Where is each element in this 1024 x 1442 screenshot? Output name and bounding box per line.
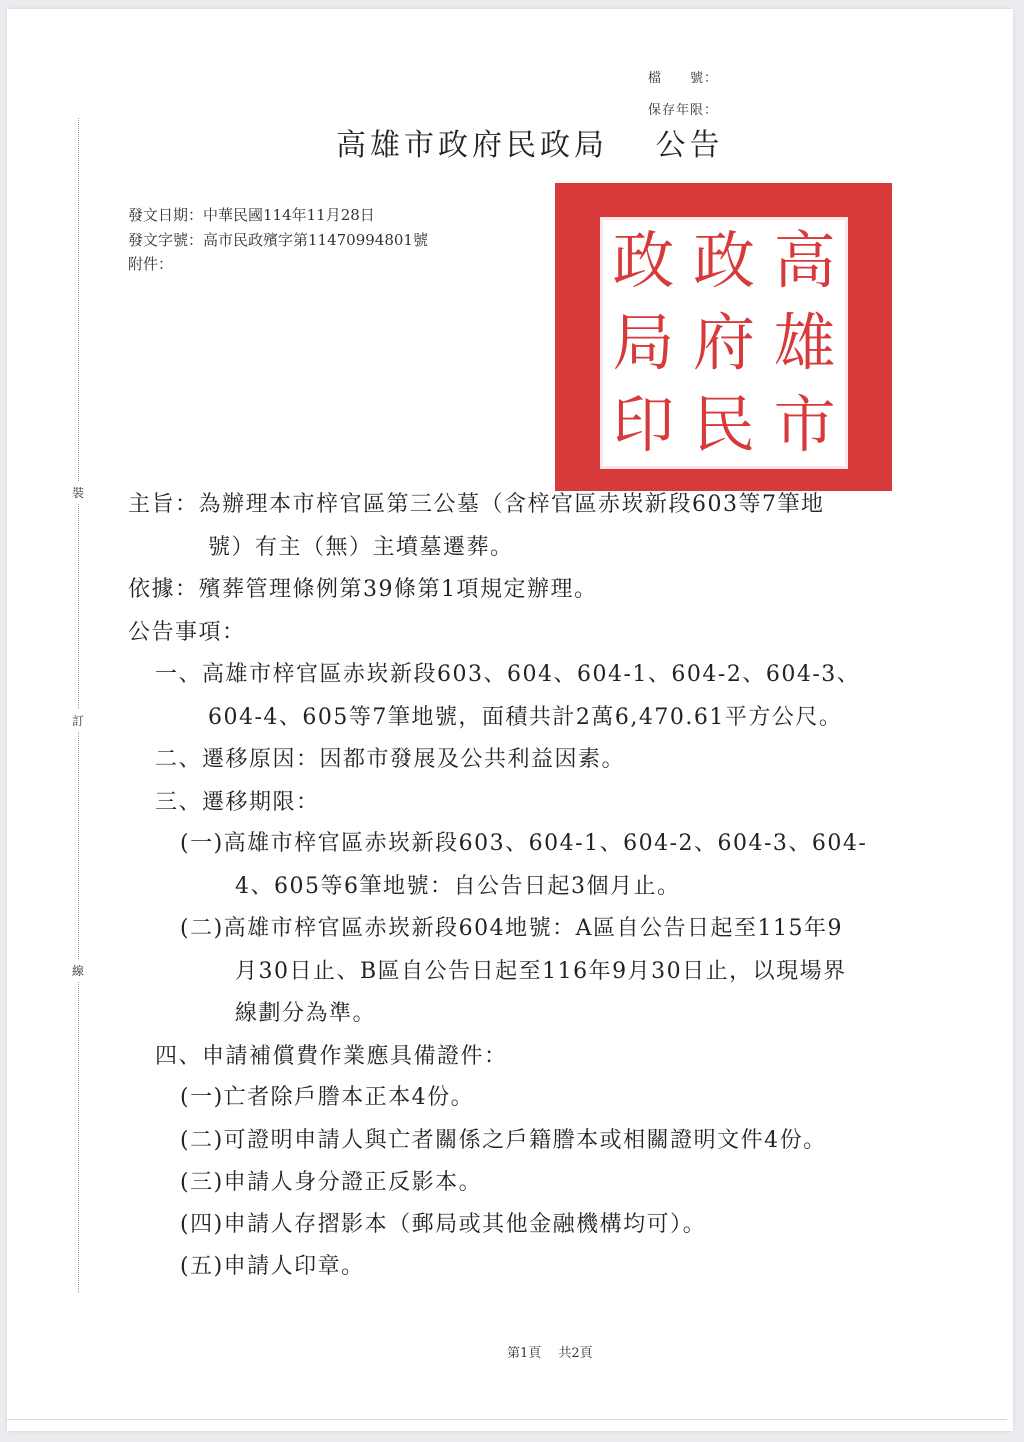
binding-label-ding: 訂 <box>72 710 84 731</box>
subject-line-2: 號）有主（無）主墳墓遷葬。 <box>208 530 514 561</box>
issue-date: 發文日期：中華民國114年11月28日 <box>128 204 375 225</box>
seal-char: 市 <box>764 384 845 466</box>
item3-sub1-line-1: (一)高雄市梓官區赤崁新段603、604-1、604-2、604-3、604- <box>180 826 867 857</box>
seal-char: 政 <box>684 220 765 302</box>
issue-number: 發文字號：高市民政殯字第11470994801號 <box>128 229 428 250</box>
official-seal-stamp: 高 政 政 雄 府 局 市 民 印 <box>555 183 892 491</box>
item3-sub2-line-3: 線劃分為準。 <box>235 996 376 1027</box>
file-number-label: 檔 號： <box>648 67 718 86</box>
item3-sub1-line-2: 4、605等6筆地號：自公告日起3個月止。 <box>235 869 680 900</box>
item4-heading: 四、申請補償費作業應具備證件： <box>155 1039 508 1070</box>
item4-sub3: (三)申請人身分證正反影本。 <box>180 1165 482 1196</box>
item4-sub5: (五)申請人印章。 <box>180 1249 365 1280</box>
seal-char: 府 <box>684 302 765 384</box>
item4-sub1: (一)亡者除戶謄本正本4份。 <box>180 1080 474 1111</box>
seal-char: 局 <box>603 302 684 384</box>
seal-inner-field: 高 政 政 雄 府 局 市 民 印 <box>600 217 848 469</box>
seal-char: 高 <box>764 220 845 302</box>
item1-line-2: 604-4、605等7筆地號，面積共計2萬6,470.61平方公尺。 <box>208 700 842 731</box>
item2-line: 二、遷移原因：因都市發展及公共利益因素。 <box>155 742 625 773</box>
item4-sub4: (四)申請人存摺影本（郵局或其他金融機構均可）。 <box>180 1207 706 1238</box>
document-title: 高雄市政府民政局 公告 <box>336 120 724 164</box>
binding-dotted-line <box>78 118 79 1293</box>
subject-line-1: 主旨：為辦理本市梓官區第三公墓（含梓官區赤崁新段603等7筆地 <box>128 487 825 518</box>
seal-char: 雄 <box>764 302 845 384</box>
seal-char: 印 <box>603 384 684 466</box>
item3-sub2-line-1: (二)高雄市梓官區赤崁新段604地號：A區自公告日起至115年9 <box>180 911 843 942</box>
seal-char: 政 <box>603 220 684 302</box>
item1-line-1: 一、高雄市梓官區赤崁新段603、604、604-1、604-2、604-3、 <box>155 657 860 688</box>
seal-char: 民 <box>684 384 765 466</box>
binding-label-zhuang: 裝 <box>72 482 84 503</box>
page-number: 第1頁 共2頁 <box>507 1342 593 1361</box>
item3-heading: 三、遷移期限： <box>155 785 320 816</box>
retention-period-label: 保存年限： <box>648 99 718 118</box>
item3-sub2-line-2: 月30日止、B區自公告日起至116年9月30日止，以現場界 <box>235 954 847 985</box>
binding-label-xian: 線 <box>72 960 84 981</box>
basis-line: 依據：殯葬管理條例第39條第1項規定辦理。 <box>128 572 598 603</box>
attachment-label: 附件： <box>128 253 173 274</box>
announcement-heading: 公告事項： <box>128 615 246 646</box>
page-bottom-edge <box>7 1419 1007 1420</box>
item4-sub2: (二)可證明申請人與亡者關係之戶籍謄本或相關證明文件4份。 <box>180 1123 827 1154</box>
